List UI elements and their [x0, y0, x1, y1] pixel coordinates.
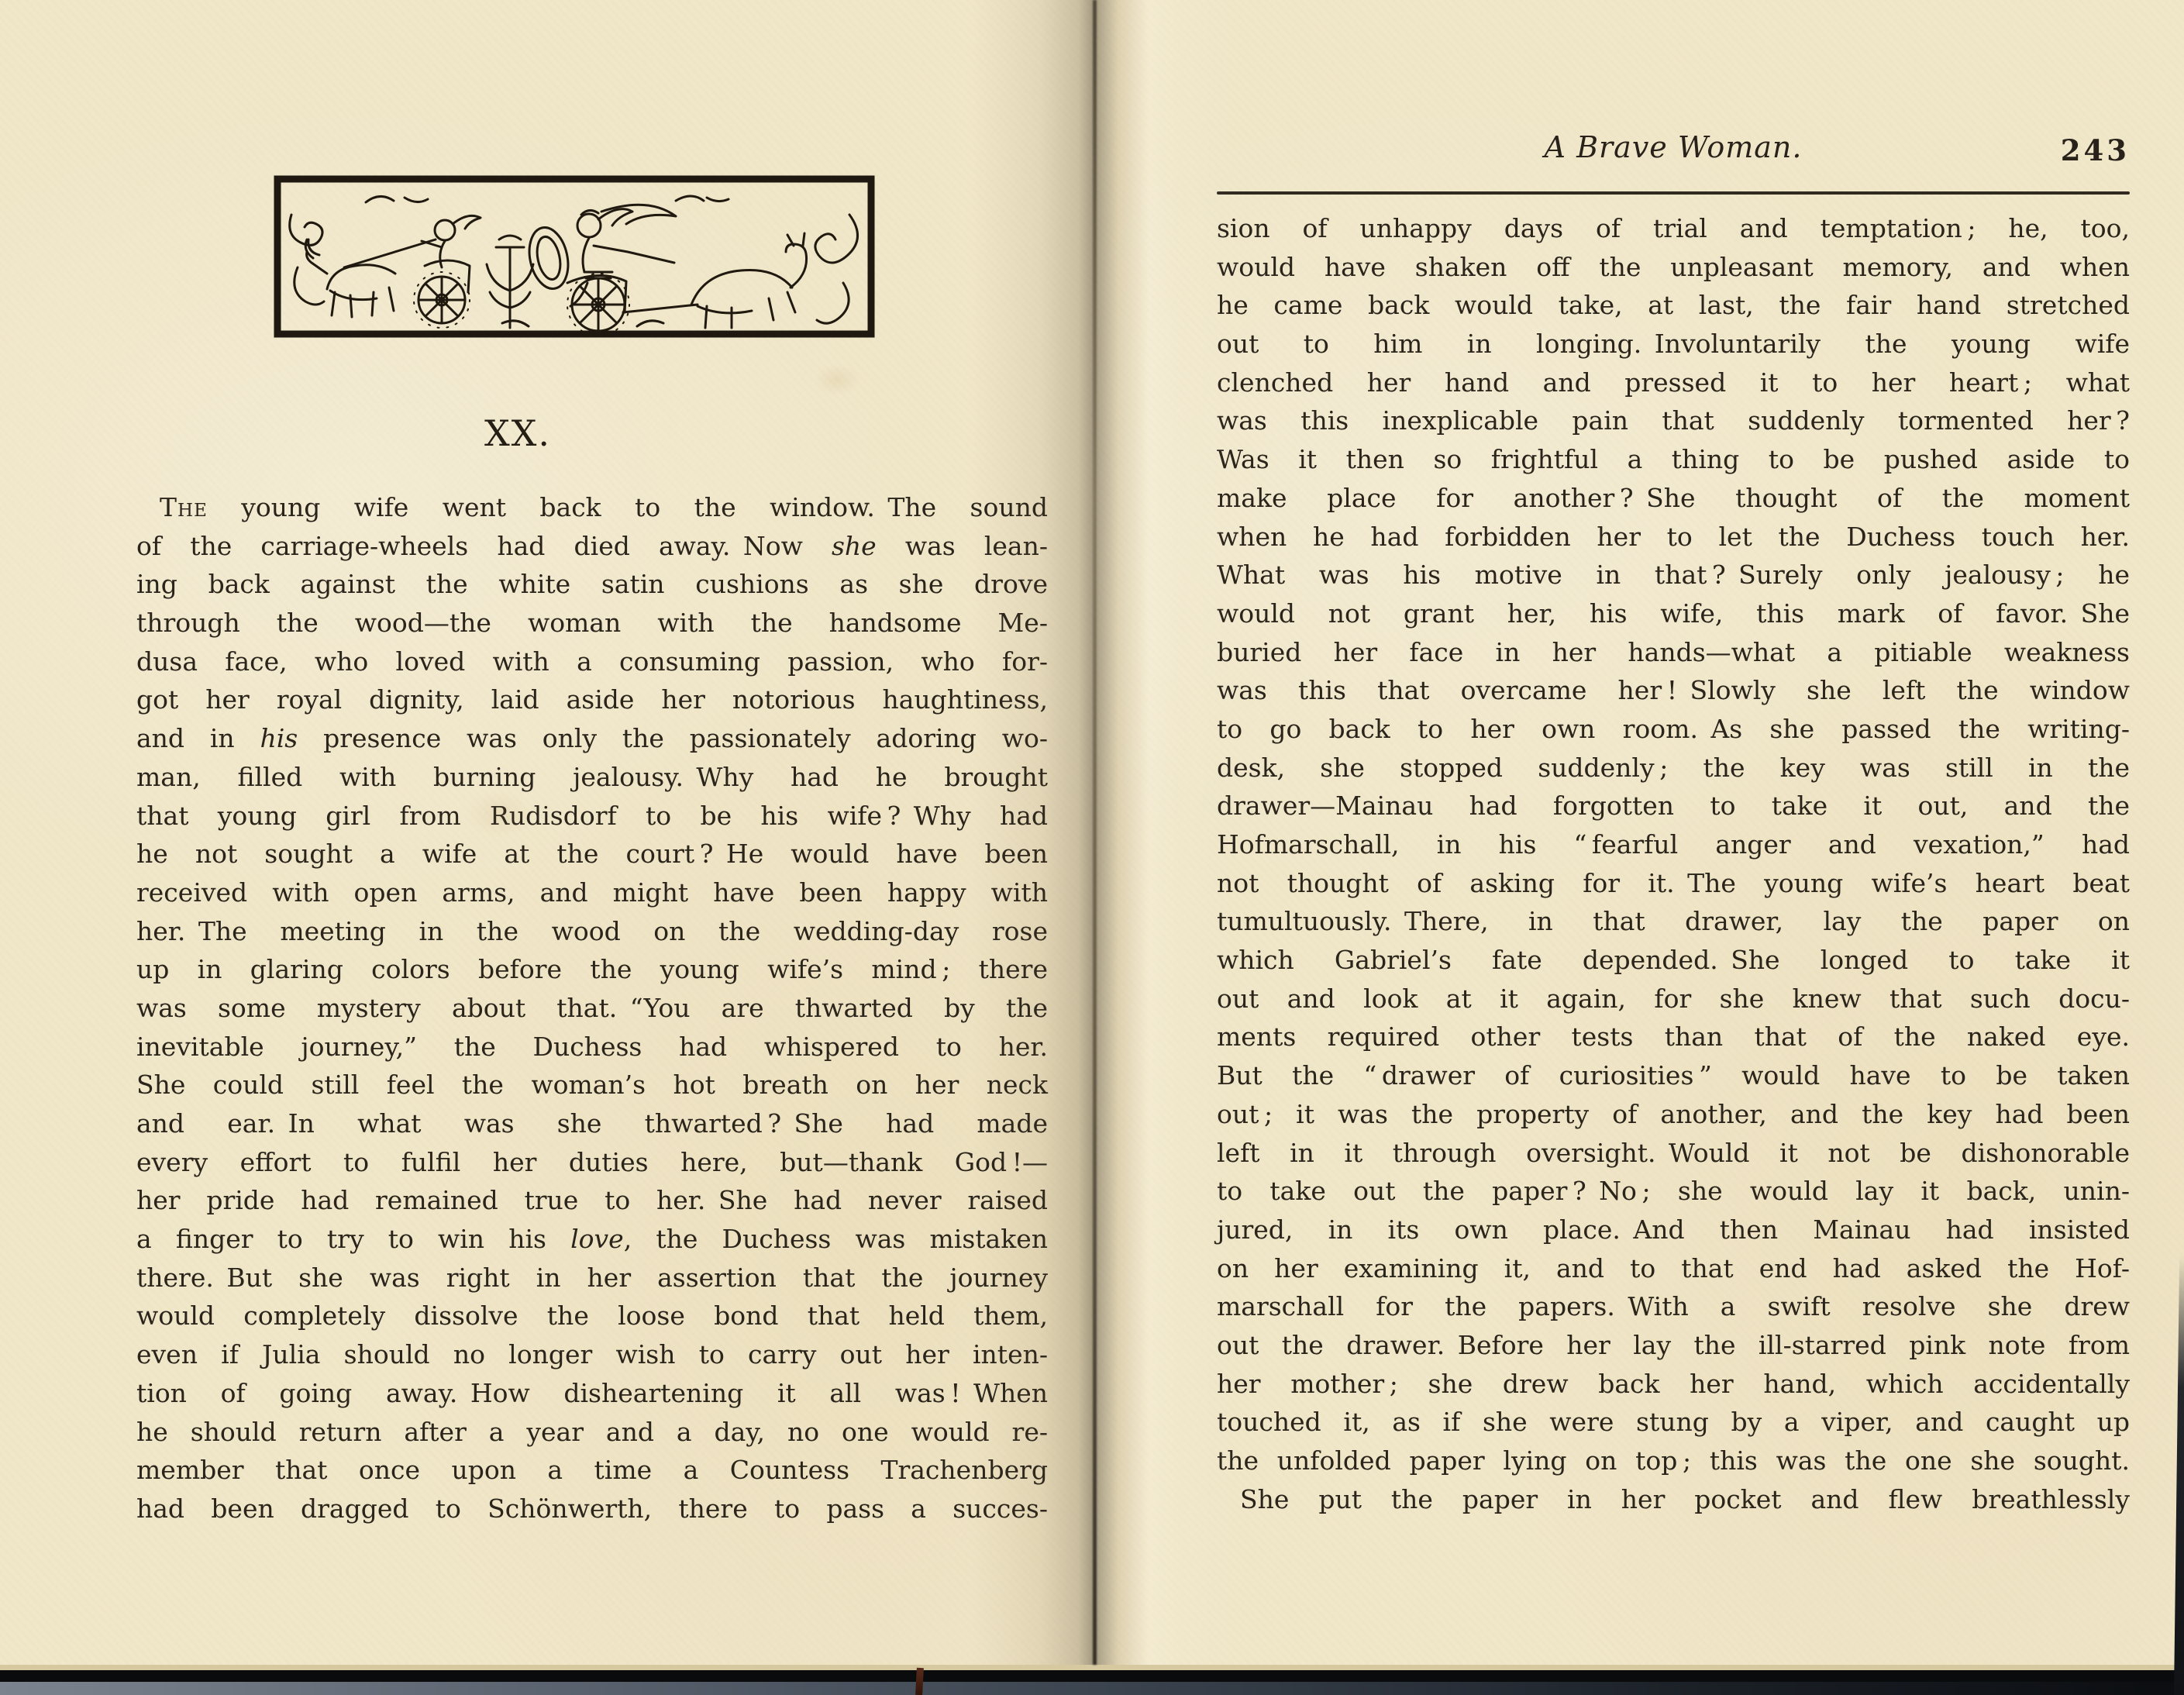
text-line: jured, in its own place. And then Mainau… — [1217, 1211, 2130, 1249]
text-line: inevitable journey,” the Duchess had whi… — [136, 1028, 1048, 1066]
text-line: through the wood—the woman with the hand… — [136, 604, 1048, 643]
text-line: he not sought a wife at the court ? He w… — [136, 835, 1048, 873]
text-line: the unfolded paper lying on top ; this w… — [1217, 1442, 2130, 1480]
text-line: was some mystery about that. “You are th… — [136, 989, 1048, 1028]
left-page-text: The young wife went back to the window. … — [136, 488, 1048, 1528]
text-line: The young wife went back to the window. … — [136, 488, 1048, 527]
text-line: ments required other tests than that of … — [1217, 1018, 2130, 1056]
text-line: Hofmarschall, in his “ fearful anger and… — [1217, 825, 2130, 864]
text-line: sion of unhappy days of trial and tempta… — [1217, 209, 2130, 248]
text-line: What was his motive in that ? Surely onl… — [1217, 556, 2130, 594]
text-line: to go back to her own room. As she passe… — [1217, 710, 2130, 749]
text-line: to take out the paper ? No ; she would l… — [1217, 1172, 2130, 1211]
text-line: of the carriage-wheels had died away. No… — [136, 527, 1048, 566]
text-line: She put the paper in her pocket and flew… — [1217, 1480, 2130, 1519]
page-number: 243 — [1217, 133, 2130, 167]
text-line: out and look at it again, for she knew t… — [1217, 980, 2130, 1018]
text-line: man, filled with burning jealousy. Why h… — [136, 758, 1048, 797]
chapter-heading: XX. — [0, 412, 1035, 454]
ribbon-marker — [915, 1668, 924, 1695]
text-line: a finger to try to win his love, the Duc… — [136, 1220, 1048, 1259]
text-line: tumultuously. There, in that drawer, lay… — [1217, 902, 2130, 941]
right-page-text: sion of unhappy days of trial and tempta… — [1217, 209, 2130, 1518]
text-line: received with open arms, and might have … — [136, 873, 1048, 912]
text-line: She could still feel the woman’s hot bre… — [136, 1066, 1048, 1104]
text-line: drawer—Mainau had forgotten to take it o… — [1217, 787, 2130, 825]
text-line: he should return after a year and a day,… — [136, 1413, 1048, 1452]
text-line: had been dragged to Schönwerth, there to… — [136, 1490, 1048, 1528]
text-line: up in glaring colors before the young wi… — [136, 950, 1048, 989]
gutter-shadow-left — [972, 0, 1096, 1665]
left-page: XX. The young wife went back to the wind… — [0, 0, 1096, 1670]
text-line: But the “ drawer of curiosities ” would … — [1217, 1056, 2130, 1095]
gutter-crease — [1093, 0, 1097, 1665]
text-line: her. The meeting in the wood on the wedd… — [136, 912, 1048, 951]
text-line: that young girl from Rudisdorf to be his… — [136, 797, 1048, 835]
text-line: he came back would take, at last, the fa… — [1217, 286, 2130, 325]
gutter-shadow-right — [1096, 0, 1235, 1665]
text-line: marschall for the papers. With a swift r… — [1217, 1287, 2130, 1326]
text-line: Was it then so frightful a thing to be p… — [1217, 440, 2130, 479]
cherub-chariot-ornament — [273, 174, 876, 339]
text-line: out the drawer. Before her lay the ill-s… — [1217, 1326, 2130, 1365]
text-line: clenched her hand and pressed it to her … — [1217, 363, 2130, 402]
text-line: make place for another ? She thought of … — [1217, 479, 2130, 518]
text-line: which Gabriel’s fate depended. She longe… — [1217, 941, 2130, 980]
text-line: and ear. In what was she thwarted ? She … — [136, 1104, 1048, 1143]
text-line: member that once upon a time a Countess … — [136, 1451, 1048, 1490]
text-line: her pride had remained true to her. She … — [136, 1181, 1048, 1220]
header-rule — [1217, 191, 2130, 195]
text-line: would not grant her, his wife, this mark… — [1217, 594, 2130, 633]
text-line: dusa face, who loved with a consuming pa… — [136, 643, 1048, 681]
text-line: touched it, as if she were stung by a vi… — [1217, 1403, 2130, 1442]
text-line: not thought of asking for it. The young … — [1217, 864, 2130, 903]
text-line: out ; it was the property of another, an… — [1217, 1095, 2130, 1134]
text-line: her mother ; she drew back her hand, whi… — [1217, 1365, 2130, 1404]
text-line: ing back against the white satin cushion… — [136, 565, 1048, 604]
text-line: when he had forbidden her to let the Duc… — [1217, 518, 2130, 556]
text-line: buried her face in her hands—what a piti… — [1217, 633, 2130, 672]
text-line: tion of going away. How disheartening it… — [136, 1374, 1048, 1413]
text-line: would have shaken off the unpleasant mem… — [1217, 248, 2130, 287]
text-line: out to him in longing. Involuntarily the… — [1217, 325, 2130, 363]
text-line: on her examining it, and to that end had… — [1217, 1249, 2130, 1288]
text-line: would completely dissolve the loose bond… — [136, 1297, 1048, 1335]
right-page: A Brave Woman. 243 sion of unhappy days … — [1096, 0, 2184, 1670]
text-line: desk, she stopped suddenly ; the key was… — [1217, 749, 2130, 787]
text-line: every effort to fulfil her duties here, … — [136, 1143, 1048, 1182]
text-line: was this that overcame her ! Slowly she … — [1217, 671, 2130, 710]
text-line: was this inexplicable pain that suddenly… — [1217, 401, 2130, 440]
text-line: left in it through oversight. Would it n… — [1217, 1134, 2130, 1173]
text-line: got her royal dignity, laid aside her no… — [136, 680, 1048, 719]
paper-stain — [814, 364, 860, 395]
text-line: there. But she was right in her assertio… — [136, 1259, 1048, 1297]
open-book-photo: XX. The young wife went back to the wind… — [0, 0, 2184, 1695]
text-line: and in his presence was only the passion… — [136, 719, 1048, 758]
text-line: even if Julia should no longer wish to c… — [136, 1335, 1048, 1374]
